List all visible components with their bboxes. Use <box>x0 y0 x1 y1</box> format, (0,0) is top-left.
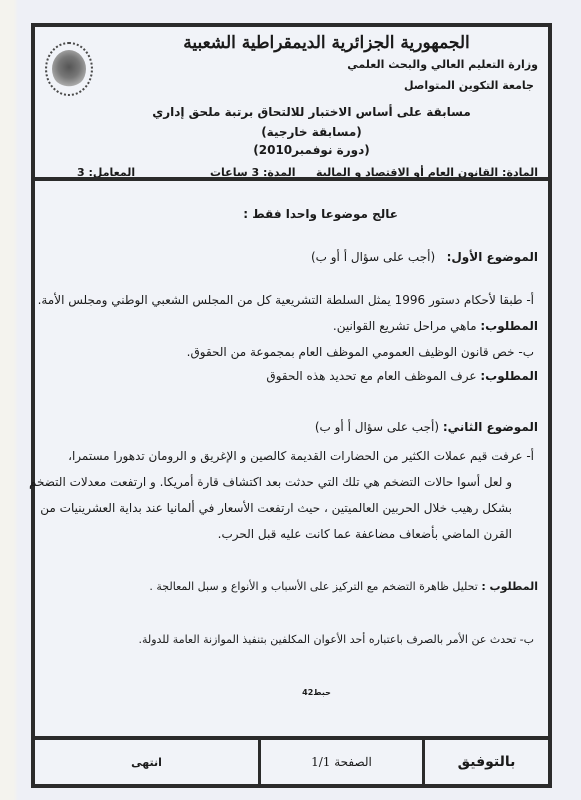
topic2-question-a-line-1: أ- عرفت قيم عملات الكثير من الحضارات الق… <box>68 449 534 463</box>
required-label: المطلوب: <box>480 369 538 383</box>
topic1-question-a-required: المطلوب: ماهي مراحل تشريع القوانين. <box>333 319 538 333</box>
topic2-question-a-line-2: و لعل أسوا حالات التضخم هي تلك التي حدثت… <box>29 475 512 489</box>
topic1-label: الموضوع الأول: <box>447 250 538 264</box>
end-marker: انتهى <box>35 740 258 784</box>
exam-session: (دورة نوفمبر2010) <box>35 143 548 157</box>
good-luck: بالتوفيق <box>425 740 548 784</box>
topic1-note: (أجب على سؤال أ أو ب) <box>311 250 435 264</box>
required-text: تحليل ظاهرة التضخم مع التركيز على الأسبا… <box>149 580 477 593</box>
topic2-note: (أجب على سؤال أ أو ب) <box>315 420 439 434</box>
required-label: المطلوب : <box>481 580 538 593</box>
exam-footer: بالتوفيق الصفحة 1/1 انتهى <box>31 736 552 788</box>
required-text: عرف الموظف العام مع تحديد هذه الحقوق <box>266 369 476 383</box>
university-name: جامعة التكوين المتواصل <box>404 79 534 92</box>
exam-title: مسابقة على أساس الاختبار للالتحاق برتبة … <box>35 105 548 119</box>
exam-header: الجمهورية الجزائرية الديمقراطية الشعبية … <box>31 23 552 181</box>
topic2-question-a-required: المطلوب : تحليل ظاهرة التضخم مع التركيز … <box>149 580 538 593</box>
scanned-page: الجمهورية الجزائرية الديمقراطية الشعبية … <box>0 0 581 800</box>
required-text: ماهي مراحل تشريع القوانين. <box>333 319 477 333</box>
topic2-label: الموضوع الثاني: <box>443 420 538 434</box>
republic-title: الجمهورية الجزائرية الديمقراطية الشعبية <box>35 33 548 53</box>
topic2-question-a-line-4: القرن الماضي بأضعاف مضاعفة عما كانت عليه… <box>218 527 512 541</box>
topic2-question-a-line-3: بشكل رهيب خلال الحربين العالميتين ، حيث … <box>40 501 512 515</box>
exam-body: عالج موضوعا واحدا فقط : الموضوع الأول: (… <box>31 177 552 740</box>
exam-type: (مسابقة خارجية) <box>35 125 548 139</box>
topic1-question-b: ب- خص قانون الوظيف العمومي الموظف العام … <box>187 345 534 359</box>
topic1-heading: الموضوع الأول: (أجب على سؤال أ أو ب) <box>311 250 538 264</box>
topic1-question-a: أ- طبقا لأحكام دستور 1996 يمثل السلطة ال… <box>38 293 534 307</box>
page-code: حبط42 <box>35 688 548 697</box>
ministry-name: وزارة التعليم العالي والبحث العلمي <box>347 58 538 71</box>
page-indicator: الصفحة 1/1 <box>258 740 425 784</box>
seal-emblem <box>52 50 86 88</box>
topic1-question-b-required: المطلوب: عرف الموظف العام مع تحديد هذه ا… <box>266 369 538 383</box>
instruction: عالج موضوعا واحدا فقط : <box>243 207 398 221</box>
topic2-heading: الموضوع الثاني: (أجب على سؤال أ أو ب) <box>315 420 538 434</box>
topic2-question-b: ب- تحدث عن الأمر بالصرف باعتباره أحد الأ… <box>138 633 534 646</box>
required-label: المطلوب: <box>480 319 538 333</box>
